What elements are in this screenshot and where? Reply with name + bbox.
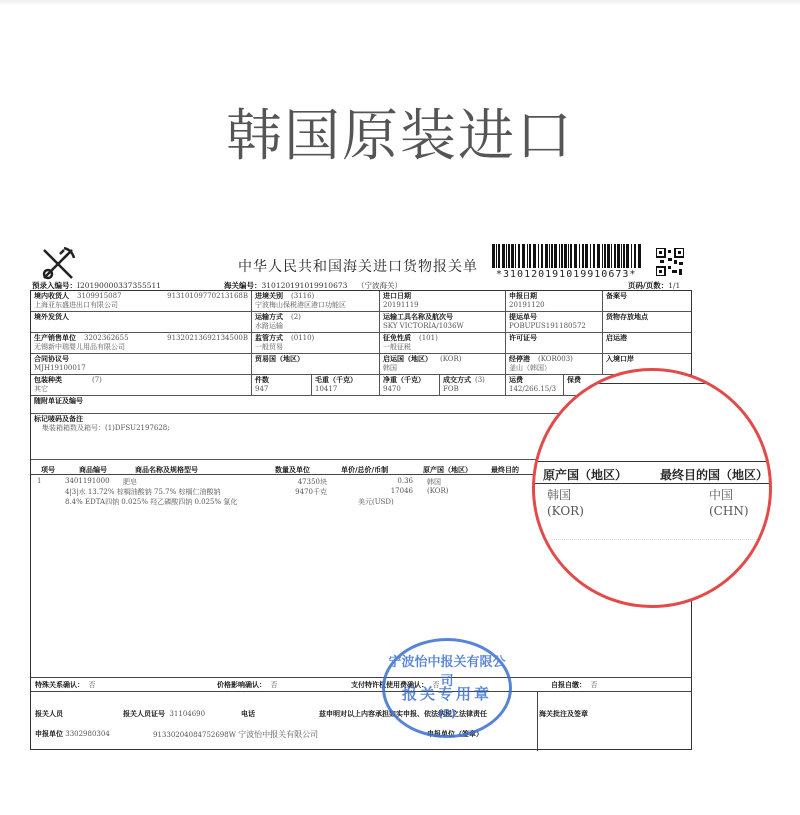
packages-cell: 件数 947 (252, 375, 312, 396)
footer-top-rule (31, 677, 691, 678)
supervision-cell: 监管方式(0110) 一般贸易 (252, 333, 380, 354)
customs-note-divider (537, 691, 538, 751)
qr-code-icon (656, 248, 684, 276)
magnifier-header-bottom-rule (535, 483, 769, 484)
goods-spec-line-2: 8.4% EDTA四钠 0.025% 羟乙磷酸四钠 0.025% 氯化 (65, 497, 237, 507)
stamp-number: (2) (385, 707, 509, 720)
barcode-icon (492, 244, 642, 268)
stamp-purpose: 报关专用章 (385, 683, 509, 704)
price-impact: 价格影响确认： 否 (217, 680, 277, 690)
goods-header-destination: 最终目的 (491, 465, 519, 475)
trade-terms-cell: 成交方式(3) FOB (440, 375, 506, 396)
declare-date-cell: 申报日期 20191120 (506, 291, 603, 312)
declaration-title: 中华人民共和国海关进口货物报关单 (238, 256, 478, 276)
goods-item-no: 1 (37, 477, 41, 485)
magnifier-destination-header: 最终目的国（地区） (660, 466, 768, 483)
agent-info: 申报单位 3302980304 (35, 729, 110, 739)
goods-header-item: 项号 (41, 465, 55, 475)
trade-country-cell: 贸易国（地区） (252, 354, 380, 375)
goods-currency: 美元(USD) (358, 497, 394, 507)
phone-label: 电话 (241, 709, 255, 719)
self-pay: 自报自缴： 否 (551, 680, 597, 690)
departure-country-cell: 启运国（地区）(KOR) 韩国 (380, 354, 506, 375)
bill-no-cell: 提运单号 POBUPUS191180572 (506, 312, 603, 333)
customs-note-label: 海关批注及签章 (539, 709, 588, 719)
transport-mode-cell: 运输方式(2) 水路运输 (252, 312, 380, 333)
magnifier-header-top-rule (535, 461, 769, 462)
overseas-shipper-cell: 境外发货人 (31, 312, 252, 333)
magnifier-origin-header: 原产国（地区） (543, 466, 627, 483)
freight-cell: 运费 142/266.15/3 (506, 375, 564, 396)
record-no-cell: 备案号 (603, 291, 691, 312)
footer-mid-rule (31, 691, 691, 692)
goods-unit-price: 0.36 (371, 477, 413, 485)
page-headline: 韩国原装进口 (0, 92, 800, 172)
consignee-cell: 境内收货人310991508791310109770213168B 上海亚东盛进… (31, 291, 252, 312)
agent-credit: 91330204084752698W 宁波怡中报关有限公司 (153, 729, 318, 740)
goods-quantity-2: 9470千克 (279, 487, 327, 497)
company-seal-stamp: 宁波怡中报关有限公司 报关专用章 (2) (382, 638, 512, 738)
goods-name: 肥皂 (123, 477, 137, 487)
goods-header-quantity: 数量及单位 (275, 465, 310, 475)
consumer-cell: 生产销售单位320236265591320213692134500B 无锡新中瑞… (31, 333, 252, 354)
contract-no-cell: 合同协议号 MJH19100017 (31, 354, 252, 375)
magnifier-destination-value: 中国(CHN) (709, 487, 749, 519)
tax-nature-cell: 征免性质(101) 一般征税 (380, 333, 506, 354)
transit-port-cell: 经停港(KOR003) 釜山（韩国） (506, 354, 603, 375)
goods-header-origin: 原产国（地区） (423, 465, 472, 475)
customs-emblem-icon (38, 244, 78, 282)
magnifier-dotted-rule (535, 539, 769, 540)
declarant-cert: 报关人员证号 31104690 (123, 709, 205, 719)
goods-origin-code: (KOR) (427, 487, 449, 495)
goods-hs-code: 3401191000 (65, 477, 110, 485)
package-type-cell: 包装种类(7) 其它 (31, 375, 252, 396)
magnifier-origin-value: 韩国(KOR) (547, 487, 584, 519)
declarant-label: 报关人员 (35, 709, 63, 719)
goods-spec-line-1: 4|3|水 13.72% 棕榈油酸钠 75.7% 棕榈仁油酸钠 (65, 487, 220, 497)
magnifier-top-rule (535, 383, 769, 384)
special-relation: 特殊关系确认： 否 (35, 680, 95, 690)
barcode-number: *310120191019910673* (496, 269, 636, 280)
goods-total-price: 17046 (371, 487, 413, 495)
goods-header-price: 单价/总价/币制 (341, 465, 388, 475)
entry-customs-cell: 进境关别(3116) 宁波梅山保税港区港口功能区 (252, 291, 380, 312)
goods-header-hs-code: 商品编号 (79, 465, 107, 475)
storage-cell: 货物存放地点 (603, 312, 691, 333)
departure-port-cell: 启运港 (603, 333, 691, 354)
goods-header-name: 商品名称及规格型号 (135, 465, 198, 475)
license-no-cell: 许可证号 (506, 333, 603, 354)
vessel-cell: 运输工具名称及航次号 SKY VICTORIA/1036W (380, 312, 506, 333)
magnifier-callout: 原产国（地区） 最终目的国（地区） 韩国(KOR) 中国(CHN) (532, 368, 772, 608)
goods-quantity-1: 47350块 (279, 477, 327, 487)
top-gradient-bar (0, 0, 800, 6)
gross-weight-cell: 毛重（千克） 10417 (312, 375, 380, 396)
import-date-cell: 进口日期 20191119 (380, 291, 506, 312)
net-weight-cell: 净重（千克） 9470 (380, 375, 440, 396)
goods-origin: 韩国 (427, 477, 441, 487)
